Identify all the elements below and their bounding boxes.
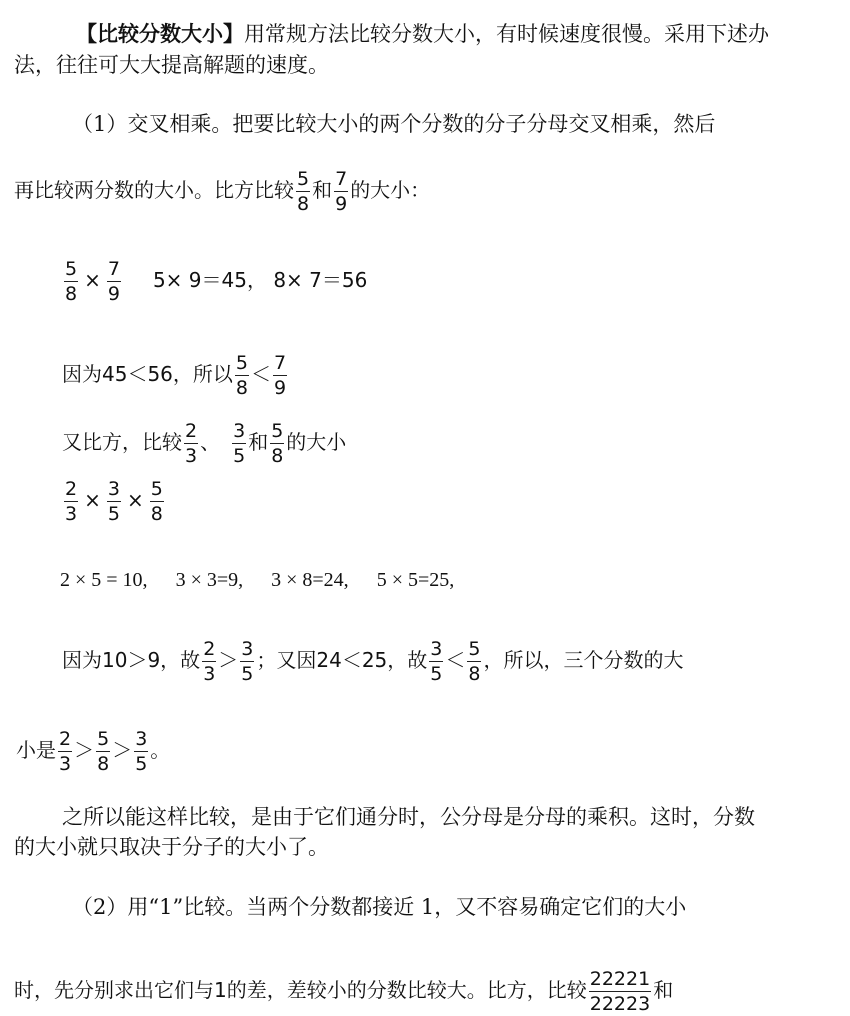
explanation-line-1: 之所以能这样比较，是由于它们通分时，公分母是分母的乘积。这时，分数 [62, 803, 755, 831]
triple-product-line: 23×35×58 [62, 478, 166, 525]
cross-multiply-line: 58×795× 9＝45， 8× 7＝56 [62, 258, 367, 305]
fraction-2-3: 23 [184, 420, 198, 467]
product-4: 5 × 5=25, [377, 569, 455, 591]
fraction-5-8: 58 [235, 352, 249, 399]
method2-line-2: 时，先分别求出它们与1的差，差较小的分数比较大。比方，比较2222122223和 [14, 968, 673, 1015]
fraction-3-5: 35 [107, 478, 121, 525]
fraction-7-9: 79 [334, 168, 348, 215]
fraction-3-5: 35 [240, 638, 254, 685]
fraction-5-8: 58 [270, 420, 284, 467]
fraction-5-8: 58 [150, 478, 164, 525]
reasoning-line: 因为10＞9，故23＞35；又因24＜25，故35＜58，所以，三个分数的大 [62, 638, 683, 685]
fraction-22221-22223: 2222122223 [589, 968, 651, 1015]
section-title: 【比较分数大小】 [76, 21, 244, 46]
fraction-7-9: 79 [107, 258, 121, 305]
fraction-7-9: 79 [273, 352, 287, 399]
intro-line-2: 法，往往可大大提高解题的速度。 [14, 51, 329, 79]
products-line: 2 × 5 = 10,3 × 3=9,3 × 8=24,5 × 5=25, [60, 566, 454, 594]
fraction-2-3: 23 [58, 728, 72, 775]
fraction-5-8: 58 [296, 168, 310, 215]
fraction-3-5: 35 [232, 420, 246, 467]
fraction-5-8: 58 [96, 728, 110, 775]
fraction-2-3: 23 [202, 638, 216, 685]
example-2-line: 又比方，比较23、35和58的大小 [62, 420, 346, 467]
method1-line-2: 再比较两分数的大小。比方比较58和79的大小： [14, 168, 430, 215]
method1-heading: （1）交叉相乘。把要比较大小的两个分数的分子分母交叉相乘，然后 [72, 110, 715, 138]
conclusion-1: 因为45＜56，所以58＜79 [62, 352, 289, 399]
fraction-2-3: 23 [64, 478, 78, 525]
product-3: 3 × 8=24, [271, 569, 349, 591]
fraction-5-8: 58 [467, 638, 481, 685]
fraction-3-5: 35 [134, 728, 148, 775]
product-2: 3 × 3=9, [176, 569, 244, 591]
fraction-5-8: 58 [64, 258, 78, 305]
cross-calc: 5× 9＝45， 8× 7＝56 [153, 268, 367, 292]
method2-heading: （2）用“1”比较。当两个分数都接近 1，又不容易确定它们的大小 [72, 893, 686, 921]
result-line: 小是23＞58＞35。 [16, 728, 170, 775]
intro-line-1: 【比较分数大小】用常规方法比较分数大小，有时候速度很慢。采用下述办 [76, 20, 769, 48]
product-1: 2 × 5 = 10, [60, 569, 148, 591]
explanation-line-2: 的大小就只取决于分子的大小了。 [14, 833, 329, 861]
fraction-3-5: 35 [429, 638, 443, 685]
